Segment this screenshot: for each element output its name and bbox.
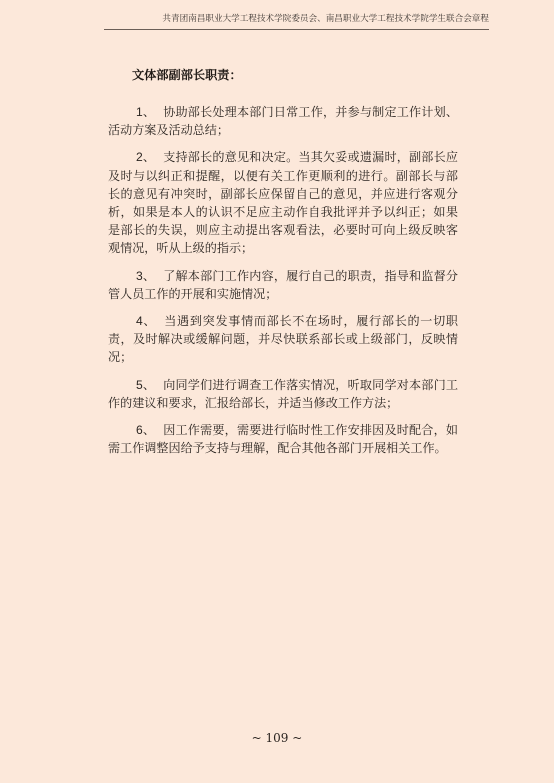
- item-text: 向同学们进行调查工作落实情况，听取同学对本部门工作的建议和要求，汇报给部长，并适…: [108, 378, 458, 410]
- duty-item-4: 4、当遇到突发事情而部长不在场时，履行部长的一切职责，及时解决或缓解问题，并尽快…: [108, 312, 458, 367]
- item-number: 2、: [136, 150, 155, 164]
- duty-item-2: 2、支持部长的意见和决定。当其欠妥或遗漏时，副部长应及时与以纠正和提醒，以便有关…: [108, 148, 458, 257]
- item-text: 当遇到突发事情而部长不在场时，履行部长的一切职责，及时解决或缓解问题，并尽快联系…: [108, 314, 458, 364]
- duty-item-3: 3、了解本部门工作内容，履行自己的职责，指导和监督分管人员工作的开展和实施情况；: [108, 267, 458, 303]
- item-text: 因工作需要，需要进行临时性工作安排因及时配合，如需工作调整因给予支持与理解，配合…: [108, 423, 458, 455]
- header-divider: [104, 29, 489, 30]
- item-number: 1、: [136, 105, 155, 119]
- duties-list: 1、协助部长处理本部门日常工作，并参与制定工作计划、活动方案及活动总结； 2、支…: [108, 103, 458, 457]
- running-header: 共青团南昌职业大学工程技术学院委员会、南昌职业大学工程技术学院学生联合会章程: [104, 12, 489, 24]
- duty-item-6: 6、因工作需要，需要进行临时性工作安排因及时配合，如需工作调整因给予支持与理解，…: [108, 421, 458, 457]
- page-content: 文体部副部长职责： 1、协助部长处理本部门日常工作，并参与制定工作计划、活动方案…: [108, 66, 458, 466]
- item-text: 协助部长处理本部门日常工作，并参与制定工作计划、活动方案及活动总结；: [108, 105, 458, 137]
- duty-item-5: 5、向同学们进行调查工作落实情况，听取同学对本部门工作的建议和要求，汇报给部长，…: [108, 376, 458, 412]
- item-text: 了解本部门工作内容，履行自己的职责，指导和监督分管人员工作的开展和实施情况；: [108, 269, 458, 301]
- page-number: ~ 109 ~: [0, 731, 554, 745]
- section-title: 文体部副部长职责：: [132, 66, 458, 84]
- item-number: 5、: [136, 378, 155, 392]
- duty-item-1: 1、协助部长处理本部门日常工作，并参与制定工作计划、活动方案及活动总结；: [108, 103, 458, 139]
- item-number: 6、: [136, 423, 155, 437]
- item-number: 3、: [136, 269, 155, 283]
- item-number: 4、: [136, 314, 156, 328]
- item-text: 支持部长的意见和决定。当其欠妥或遗漏时，副部长应及时与以纠正和提醒，以便有关工作…: [108, 150, 458, 255]
